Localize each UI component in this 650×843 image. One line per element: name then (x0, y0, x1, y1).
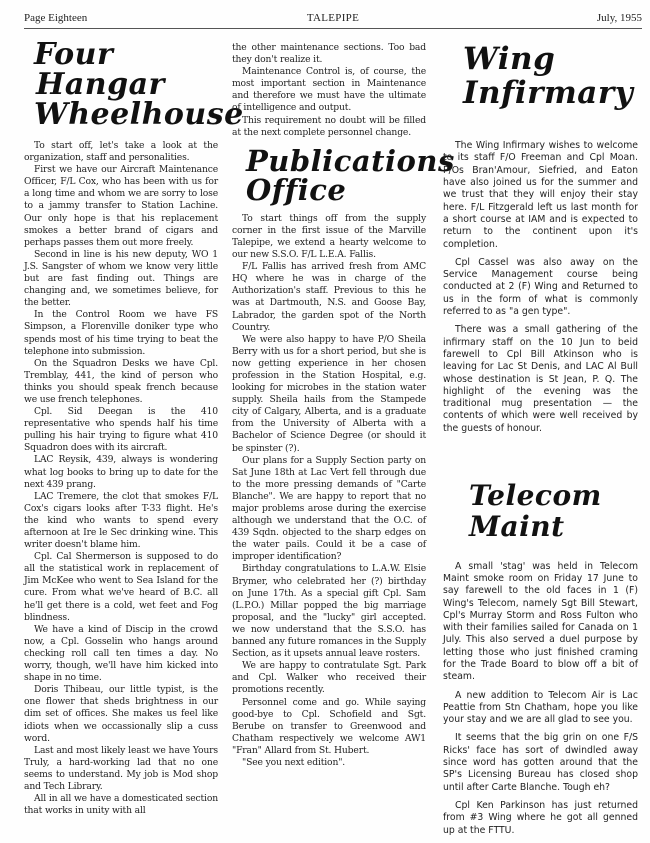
paragraph: LAC Tremere, the clot that smokes F/L Co… (24, 491, 218, 551)
paragraph: Our plans for a Supply Section party on … (232, 455, 426, 564)
paragraph: Cpl. Sid Deegan is the 410 representativ… (24, 406, 218, 454)
article-title-publications-office: Publications Office (232, 147, 426, 205)
paragraph: Cpl. Cal Shermerson is supposed to do al… (24, 551, 218, 624)
paragraph: We have a kind of Discip in the crowd no… (24, 624, 218, 684)
newspaper-page: Page Eighteen TALEPIPE July, 1955 Four H… (0, 0, 650, 843)
page-header: Page Eighteen TALEPIPE July, 1955 (24, 12, 642, 29)
paragraph: Cpl Ken Parkinson has just returned from… (443, 800, 638, 837)
paragraph: Doris Thibeau, our little typist, is the… (24, 684, 218, 744)
paragraph: the other maintenance sections. Too bad … (232, 42, 426, 66)
article-body-telecom: A small 'stag' was held in Telecom Maint… (443, 561, 638, 837)
title-line: Wheelhouse (34, 100, 218, 130)
title-line: Hangar (34, 70, 218, 100)
paragraph: LAC Reysik, 439, always is wondering wha… (24, 454, 218, 490)
paragraph: This requirement no doubt will be filled… (232, 115, 426, 139)
paragraph: We were also happy to have P/O Sheila Be… (232, 334, 426, 455)
paragraph: Personnel come and go. While saying good… (232, 697, 426, 757)
paragraph: To start off, let's take a look at the o… (24, 140, 218, 164)
article-title-four-hangar-wheelhouse: Four Hangar Wheelhouse (24, 40, 218, 130)
publication-name: TALEPIPE (24, 12, 642, 24)
paragraph: All in all we have a domesticated sectio… (24, 793, 218, 817)
title-line: Maint (469, 512, 638, 543)
article-title-telecom-maint: Telecom Maint (443, 481, 638, 543)
title-line: Infirmary (463, 76, 638, 110)
title-line: Four (34, 40, 218, 70)
paragraph: First we have our Aircraft Maintenance O… (24, 164, 218, 249)
paragraph: Cpl Cassel was also away on the Service … (443, 257, 638, 318)
paragraph: On the Squadron Desks we have Cpl. Tremb… (24, 358, 218, 406)
issue-date: July, 1955 (597, 12, 642, 24)
paragraph: There was a small gathering of the infir… (443, 324, 638, 435)
title-line: Office (246, 176, 426, 205)
paragraph: A small 'stag' was held in Telecom Maint… (443, 561, 638, 684)
paragraph: We are happy to contratulate Sgt. Park a… (232, 660, 426, 696)
article-body-infirmary: The Wing Infirmary wishes to welcome to … (443, 140, 638, 435)
article-continuation-hangar: the other maintenance sections. Too bad … (232, 42, 426, 139)
column-2: the other maintenance sections. Too bad … (232, 42, 426, 769)
paragraph: It seems that the big grin on one F/S Ri… (443, 732, 638, 793)
article-title-wing-infirmary: Wing Infirmary (443, 42, 638, 110)
column-1: Four Hangar Wheelhouse To start off, let… (24, 40, 218, 817)
title-line: Telecom (469, 481, 638, 512)
article-body-hangar: To start off, let's take a look at the o… (24, 140, 218, 817)
paragraph: "See you next edition". (232, 757, 426, 769)
paragraph: Second in line is his new deputy, WO 1 J… (24, 249, 218, 309)
article-body-publications: To start things off from the supply corn… (232, 213, 426, 769)
paragraph: F/L Fallis has arrived fresh from AMC HQ… (232, 261, 426, 334)
paragraph: Birthday congratulations to L.A.W. Elsie… (232, 563, 426, 660)
paragraph: The Wing Infirmary wishes to welcome to … (443, 140, 638, 251)
paragraph: To start things off from the supply corn… (232, 213, 426, 261)
paragraph: In the Control Room we have FS Simpson, … (24, 309, 218, 357)
paragraph: A new addition to Telecom Air is Lac Pea… (443, 690, 638, 727)
paragraph: Maintenance Control is, of course, the m… (232, 66, 426, 114)
column-3: Wing Infirmary The Wing Infirmary wishes… (443, 40, 638, 837)
title-line: Publications (246, 147, 426, 176)
title-line: Wing (463, 42, 638, 76)
paragraph: Last and most likely least we have Yours… (24, 745, 218, 793)
